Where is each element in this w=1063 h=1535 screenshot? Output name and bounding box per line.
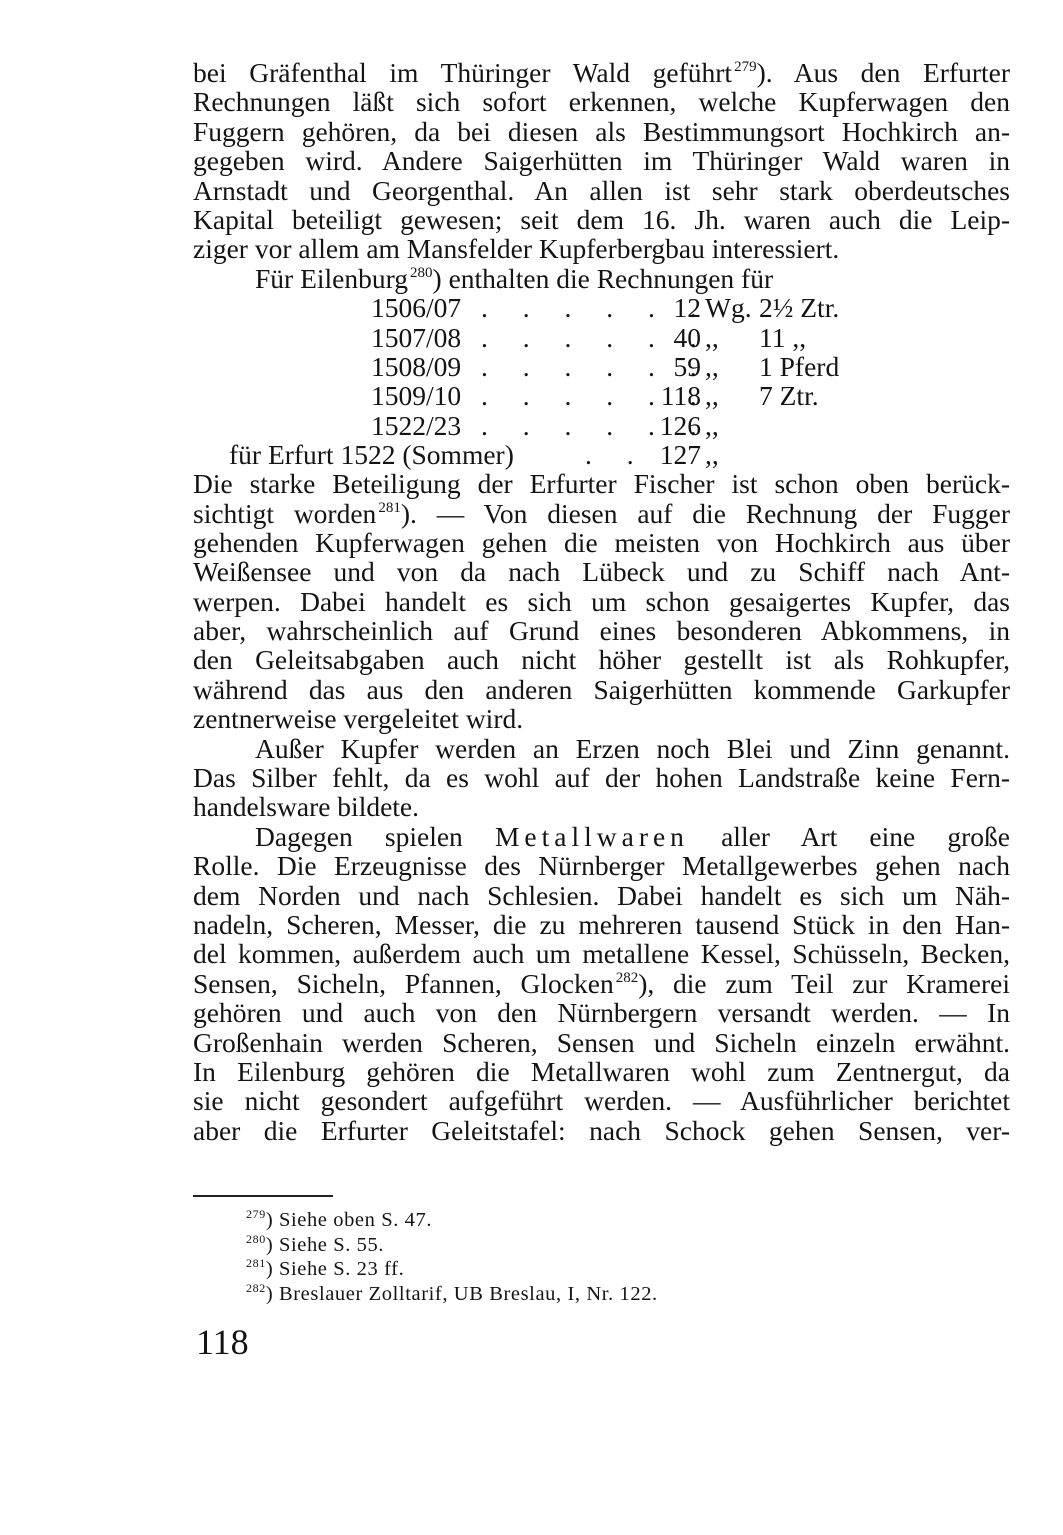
wagon-count: 118 bbox=[639, 381, 701, 410]
text-line: Die starke Beteiligung der Erfurter Fisc… bbox=[193, 469, 1010, 498]
text-line: bei Gräfenthal im Thüringer Wald geführt… bbox=[193, 58, 1010, 87]
footnote-number: 279 bbox=[246, 1207, 266, 1221]
text-line: Das Silber fehlt, da es wohl auf der hoh… bbox=[193, 763, 1010, 792]
footnote-282: 282) Breslauer Zolltarif, UB Breslau, I,… bbox=[246, 1282, 946, 1307]
wagon-count: 59 bbox=[639, 352, 701, 381]
footnote-number: 282 bbox=[246, 1281, 266, 1295]
text-line: sichtigt worden281). — Von diesen auf di… bbox=[193, 499, 1010, 528]
unit: ,, bbox=[705, 381, 755, 410]
text-line: den Geleitsabgaben auch nicht höher gest… bbox=[193, 645, 1010, 674]
text-line: Sensen, Sicheln, Pfannen, Glocken282), d… bbox=[193, 969, 1010, 998]
unit: Wg. bbox=[705, 293, 755, 322]
footnote-separator bbox=[193, 1195, 333, 1197]
footnote-number: 281 bbox=[246, 1256, 266, 1270]
text-line: Außer Kupfer werden an Erzen noch Blei u… bbox=[193, 734, 1010, 763]
text-line: aber, wahrscheinlich auf Grund eines bes… bbox=[193, 616, 1010, 645]
extra-amount: 11 ,, bbox=[759, 323, 899, 352]
text-line: ziger vor allem am Mansfelder Kupferberg… bbox=[193, 234, 1010, 263]
text-line: Dagegen spielen Metallwaren aller Art ei… bbox=[193, 822, 1010, 851]
emphasized-term: Metallwaren bbox=[495, 821, 689, 852]
wagon-count: 12 bbox=[639, 293, 701, 322]
leader-dots: . . . . . . bbox=[481, 411, 641, 440]
book-page: bei Gräfenthal im Thüringer Wald geführt… bbox=[0, 0, 1063, 1535]
extra-amount: 7 Ztr. bbox=[759, 381, 899, 410]
text-line: aber die Erfurter Geleitstafel: nach Sch… bbox=[193, 1116, 1010, 1145]
text-line: sie nicht gesondert aufgeführt werden. —… bbox=[193, 1086, 1010, 1115]
table-intro: Für Eilenburg280) enthalten die Rechnung… bbox=[193, 264, 1010, 293]
text-line: werpen. Dabei handelt es sich um schon g… bbox=[193, 587, 1010, 616]
text-line: zentnerweise vergeleitet wird. bbox=[193, 704, 1010, 733]
footnote-ref-282[interactable]: 282 bbox=[616, 970, 639, 986]
text-line: während das aus den anderen Saigerhütten… bbox=[193, 675, 1010, 704]
leader-dots: . . . . . . bbox=[481, 293, 641, 322]
text-line: gegeben wird. Andere Saigerhütten im Thü… bbox=[193, 146, 1010, 175]
text-line: Großenhain werden Scheren, Sensen und Si… bbox=[193, 1028, 1010, 1057]
paragraph-1: bei Gräfenthal im Thüringer Wald geführt… bbox=[193, 58, 1010, 264]
footnote-ref-280[interactable]: 280 bbox=[410, 265, 433, 281]
text-line: del kommen, außerdem auch um metallene K… bbox=[193, 939, 1010, 968]
extra-amount: 2½ Ztr. bbox=[759, 293, 899, 322]
leader-dots: . . bbox=[585, 440, 645, 469]
text-line: gehören und auch von den Nürnbergern ver… bbox=[193, 998, 1010, 1027]
footnotes: 279) Siehe oben S. 47. 280) Siehe S. 55.… bbox=[246, 1208, 946, 1306]
text-line: Arnstadt und Georgenthal. An allen ist s… bbox=[193, 176, 1010, 205]
unit: ,, bbox=[705, 352, 755, 381]
leader-dots: . . . . . . bbox=[481, 323, 641, 352]
extra-amount: 1 Pferd bbox=[759, 352, 899, 381]
copper-wagon-table: 1506/07 . . . . . . 12 Wg. 2½ Ztr. 1507/… bbox=[193, 293, 1010, 469]
text-line: Weißensee und von da nach Lübeck und zu … bbox=[193, 557, 1010, 586]
text-line: handelsware bildete. bbox=[193, 792, 1010, 821]
paragraph-3: Außer Kupfer werden an Erzen noch Blei u… bbox=[193, 734, 1010, 822]
paragraph-2: Die starke Beteiligung der Erfurter Fisc… bbox=[193, 469, 1010, 734]
text-line: Rolle. Die Erzeugnisse des Nürnberger Me… bbox=[193, 851, 1010, 880]
footnote-ref-281[interactable]: 281 bbox=[378, 500, 401, 516]
page-number: 118 bbox=[196, 1322, 249, 1362]
text-line: nadeln, Scheren, Messer, die zu mehreren… bbox=[193, 910, 1010, 939]
leader-dots: . . . . . . bbox=[481, 381, 641, 410]
footnote-ref-279[interactable]: 279 bbox=[734, 59, 757, 75]
text-line: Rechnungen läßt sich sofort erkennen, we… bbox=[193, 87, 1010, 116]
text-line: gehenden Kupferwagen gehen die meisten v… bbox=[193, 528, 1010, 557]
wagon-count: 127 bbox=[639, 440, 701, 469]
footnote-280: 280) Siehe S. 55. bbox=[246, 1233, 946, 1258]
row-label: für Erfurt 1522 (Sommer) bbox=[229, 440, 619, 469]
unit: ,, bbox=[705, 440, 755, 469]
body-text: bei Gräfenthal im Thüringer Wald geführt… bbox=[193, 58, 1010, 1145]
footnote-281: 281) Siehe S. 23 ff. bbox=[246, 1257, 946, 1282]
wagon-count: 40 bbox=[639, 323, 701, 352]
footnote-279: 279) Siehe oben S. 47. bbox=[246, 1208, 946, 1233]
leader-dots: . . . . . . bbox=[481, 352, 641, 381]
wagon-count: 126 bbox=[639, 411, 701, 440]
text-line: Kapital beteiligt gewesen; seit dem 16. … bbox=[193, 205, 1010, 234]
unit: ,, bbox=[705, 323, 755, 352]
text-line: Fuggern gehören, da bei diesen als Besti… bbox=[193, 117, 1010, 146]
text-line: dem Norden und nach Schlesien. Dabei han… bbox=[193, 881, 1010, 910]
footnote-number: 280 bbox=[246, 1232, 266, 1246]
text-line: In Eilenburg gehören die Metallwaren woh… bbox=[193, 1057, 1010, 1086]
unit: ,, bbox=[705, 411, 755, 440]
paragraph-4: Dagegen spielen Metallwaren aller Art ei… bbox=[193, 822, 1010, 1145]
